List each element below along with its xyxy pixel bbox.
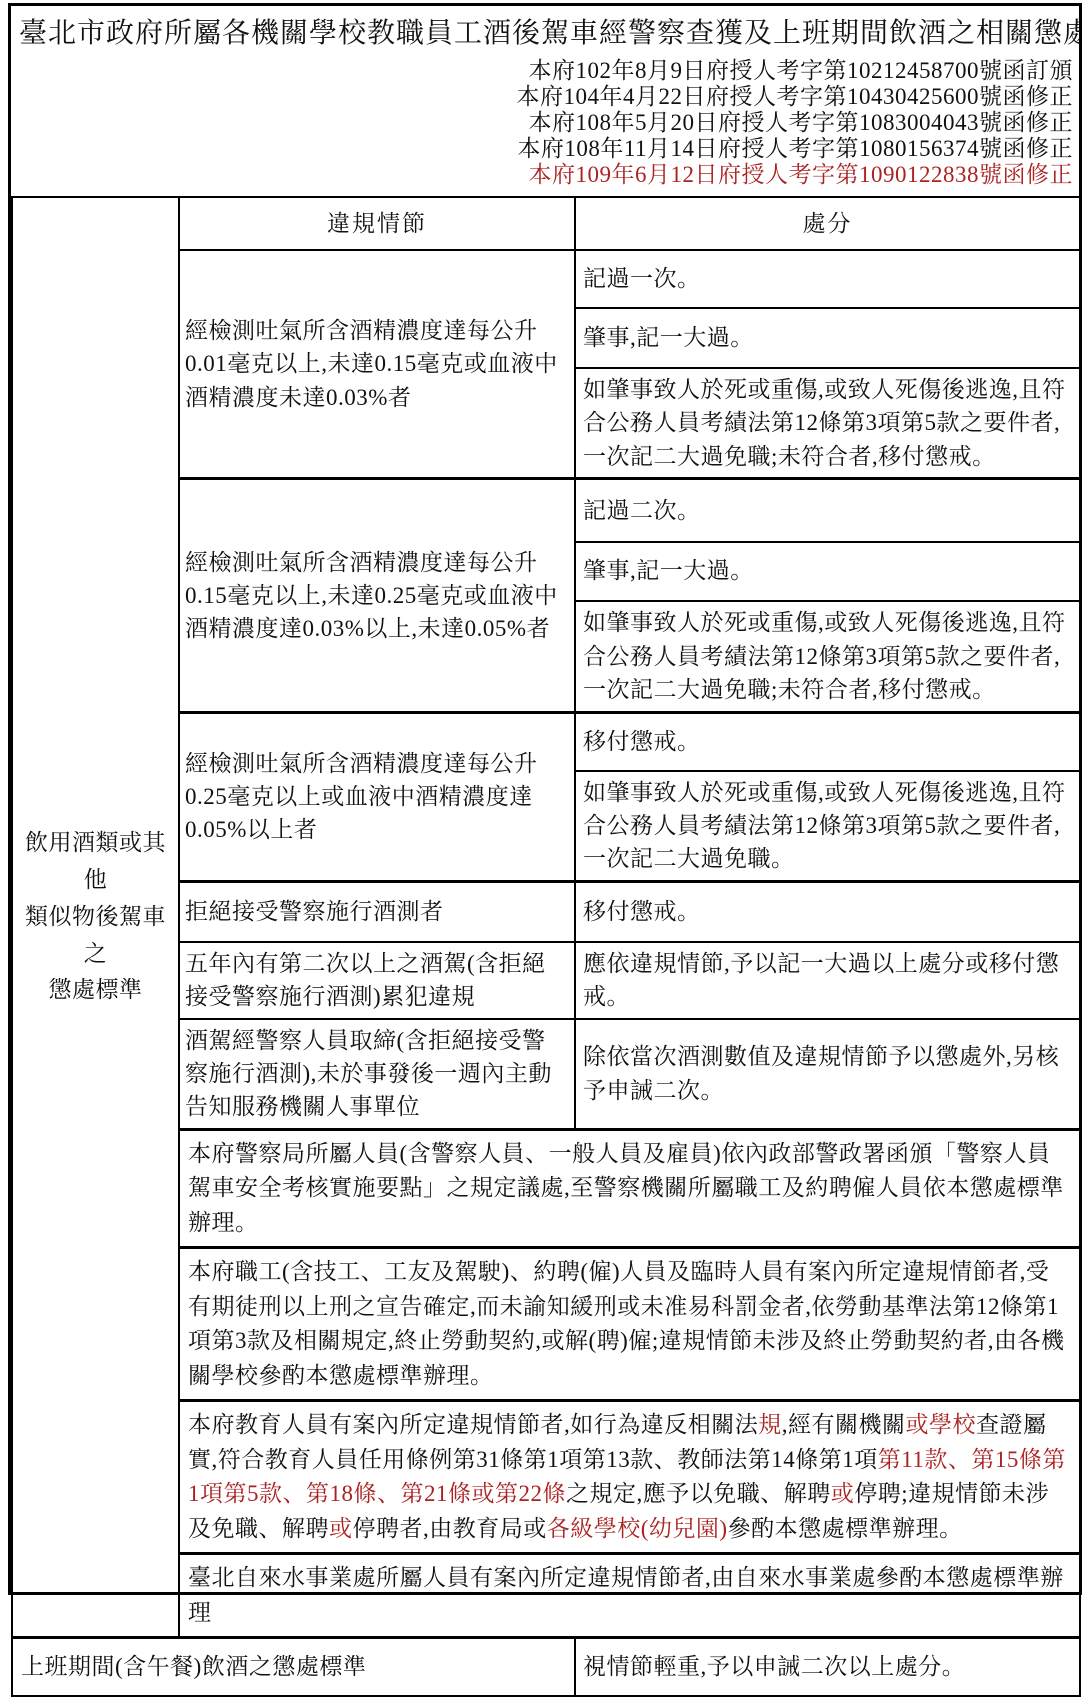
text-segment: ,經有關機關: [782, 1412, 906, 1437]
violation-repeat-offense: 五年內有第二次以上之酒駕(含拒絕接受警察施行酒測)累犯違規: [179, 942, 575, 1019]
punishment-level2-b: 肇事,記一大過。: [575, 542, 1080, 601]
red-text-segment: 或: [831, 1481, 855, 1506]
violation-failure-to-notify: 酒駕經警察人員取締(含拒絕接受警察施行酒測),未於事發後一週內主動告知服務機關人…: [179, 1019, 575, 1130]
punishment-level3-a: 移付懲戒。: [575, 713, 1080, 771]
text-segment: 本府教育人員有案內所定違規情節者,如行為違反相關法: [188, 1412, 758, 1437]
revision-line-4: 本府108年11月14日府授人考字第1080156374號函修正: [11, 136, 1079, 162]
revision-line-5: 本府109年6月12日府授人考字第1090122838號函修正: [11, 162, 1079, 188]
revision-line-3: 本府108年5月20日府授人考字第1083004043號函修正: [11, 110, 1079, 136]
document-title: 臺北市政府所屬各機關學校教職員工酒後駕車經警察查獲及上班期間飲酒之相關懲處標準表: [11, 6, 1079, 52]
punishment-repeat-offense: 應依違規情節,予以記一大過以上處分或移付懲戒。: [575, 942, 1080, 1019]
punishment-drinking-during-work: 視情節輕重,予以申誡二次以上處分。: [575, 1638, 1080, 1696]
red-text-segment: 規: [758, 1412, 782, 1437]
text-segment: 停聘者,由教育局或: [353, 1516, 547, 1541]
document-page: { "document": { "title": "臺北市政府所屬各機關學校教職…: [0, 0, 1090, 1599]
violation-level2: 經檢測吐氣所含酒精濃度達每公升0.15毫克以上,未達0.25毫克或血液中酒精濃度…: [179, 479, 575, 713]
punishment-level1-a: 記過一次。: [575, 250, 1080, 308]
text-segment: 參酌本懲處標準辦理。: [728, 1516, 963, 1541]
note-police-personnel: 本府警察局所屬人員(含警察人員、一般人員及雇員)依內政部警政署函頒「警察人員駕車…: [179, 1129, 1080, 1248]
punishment-refuse-test: 移付懲戒。: [575, 881, 1080, 942]
violation-level3: 經檢測吐氣所含酒精濃度達每公升0.25毫克以上或血液中酒精濃度達0.05%以上者: [179, 713, 575, 882]
red-text-segment: 或學校: [906, 1412, 977, 1437]
text-segment: 臺北自來水事業處所屬人員有案內所定違規情節者,由自來水事業處參酌本懲處標準辦理: [188, 1565, 1064, 1625]
discipline-table: 飲用酒類或其他 類似物後駕車之 懲處標準 違規情節 處分 經檢測吐氣所含酒精濃度…: [11, 196, 1081, 1697]
note-contract-workers: 本府職工(含技工、工友及駕駛)、約聘(僱)人員及臨時人員有案內所定違規情節者,受…: [179, 1248, 1080, 1401]
note-education-personnel: 本府教育人員有案內所定違規情節者,如行為違反相關法規,經有關機關或學校查證屬實,…: [179, 1401, 1080, 1554]
title-area: 臺北市政府所屬各機關學校教職員工酒後駕車經警察查獲及上班期間飲酒之相關懲處標準表…: [11, 6, 1079, 196]
revision-line-1: 本府102年8月9日府授人考字第10212458700號函訂頒: [11, 58, 1079, 84]
text-segment: 本府職工(含技工、工友及駕駛)、約聘(僱)人員及臨時人員有案內所定違規情節者,受…: [188, 1259, 1064, 1388]
col-header-violation: 違規情節: [179, 197, 575, 250]
red-text-segment: 各級學校(幼兒園): [547, 1516, 728, 1541]
category-drunk-driving-label: 飲用酒類或其他 類似物後駕車之 懲處標準: [12, 197, 179, 1638]
text-segment: 本府警察局所屬人員(含警察人員、一般人員及雇員)依內政部警政署函頒「警察人員駕車…: [188, 1141, 1064, 1235]
violation-level1: 經檢測吐氣所含酒精濃度達每公升0.01毫克以上,未達0.15毫克或血液中酒精濃度…: [179, 250, 575, 479]
punishment-level3-b: 如肇事致人於死或重傷,或致人死傷後逃逸,且符合公務人員考績法第12條第3項第5款…: [575, 771, 1080, 882]
revision-line-2: 本府104年4月22日府授人考字第10430425600號函修正: [11, 84, 1079, 110]
punishment-level2-a: 記過二次。: [575, 479, 1080, 542]
revision-history: 本府102年8月9日府授人考字第10212458700號函訂頒 本府104年4月…: [11, 58, 1079, 188]
document-border: 臺北市政府所屬各機關學校教職員工酒後駕車經警察查獲及上班期間飲酒之相關懲處標準表…: [8, 3, 1082, 1595]
punishment-failure-to-notify: 除依當次酒測數值及違規情節予以懲處外,另核予申誡二次。: [575, 1019, 1080, 1130]
violation-refuse-test: 拒絕接受警察施行酒測者: [179, 881, 575, 942]
red-text-segment: 或: [329, 1516, 353, 1541]
text-segment: 之規定,應予以免職、解聘: [566, 1481, 831, 1506]
punishment-level1-b: 肇事,記一大過。: [575, 308, 1080, 368]
col-header-punishment: 處分: [575, 197, 1080, 250]
punishment-level2-c: 如肇事致人於死或重傷,或致人死傷後逃逸,且符合公務人員考績法第12條第3項第5款…: [575, 601, 1080, 713]
punishment-level1-c: 如肇事致人於死或重傷,或致人死傷後逃逸,且符合公務人員考績法第12條第3項第5款…: [575, 368, 1080, 479]
category-drinking-during-work: 上班期間(含午餐)飲酒之懲處標準: [12, 1638, 575, 1696]
note-water-department: 臺北自來水事業處所屬人員有案內所定違規情節者,由自來水事業處參酌本懲處標準辦理: [179, 1554, 1080, 1638]
